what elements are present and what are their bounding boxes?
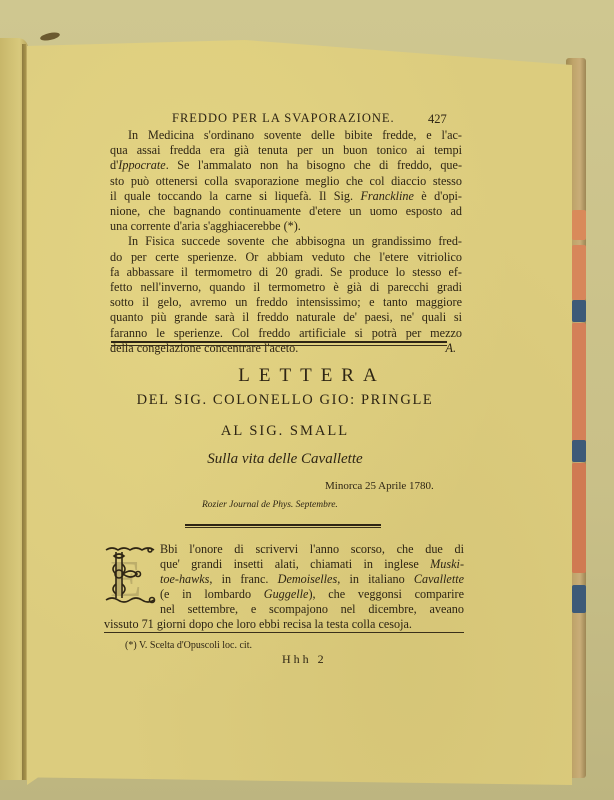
article-author-line: DEL SIG. COLONELLO GIO: PRINGLE <box>105 392 465 409</box>
section-divider-rule <box>111 341 447 346</box>
letter-body: Bbi l'onore di scrivervi l'anno scorso, … <box>104 542 464 631</box>
fore-edge-tab-orange <box>572 323 586 453</box>
text-line: que' grandi insetti alati, chiamati in i… <box>104 557 464 572</box>
italic-term-franckline: Franckline <box>360 189 413 203</box>
text-line: In Medicina s'ordinano sovente delle bib… <box>110 128 462 143</box>
text-line: Bbi l'onore di scrivervi l'anno scorso, … <box>104 542 464 557</box>
text-line: sto può ottenersi colla svaporazione meg… <box>110 174 462 189</box>
fore-edge-tab-blue <box>572 300 586 322</box>
fore-edge-tab-blue <box>572 440 586 462</box>
fore-edge-tab-orange <box>572 463 586 573</box>
text-line: il quale toccando la carne si liquefà. I… <box>110 189 462 204</box>
italic-term-demoiselles: Demoiselles <box>278 572 338 586</box>
text-line: do per certe sperienze. Or abbiam veduto… <box>110 250 462 265</box>
text-line: d'Ippocrate. Se l'ammalato non ha bisogn… <box>110 158 462 173</box>
text-line: qua assai fredda era già tenuta per un b… <box>110 143 462 158</box>
text-line: vissuto 71 giorni dopo che loro ebbi rec… <box>104 617 464 632</box>
text-line: faranno le sperienze. Col freddo artific… <box>110 326 462 341</box>
paragraph-medicina: In Medicina s'ordinano sovente delle bib… <box>110 128 462 234</box>
italic-term-muski: Muski- <box>430 557 464 571</box>
italic-term-cavallette: Cavallette <box>414 572 464 586</box>
footnote: (*) V. Scelta d'Opuscoli loc. cit. <box>125 640 252 651</box>
article-source: Rozier Journal de Phys. Septembre. <box>202 500 338 510</box>
text-line: nione, che bagnando continuamente d'eter… <box>110 204 462 219</box>
author-signature: A. <box>446 341 457 356</box>
text-line: fetto nell'inverno, quando il termometro… <box>110 280 462 295</box>
footnote-rule <box>104 632 464 633</box>
text-line: fa abbassare il termometro di 20 gradi. … <box>110 265 462 280</box>
fore-edge-tab-orange <box>572 210 586 240</box>
article-subtitle: Sulla vita delle Cavallette <box>105 451 465 468</box>
text-line: sotto il gelo, avremo un freddo intensis… <box>110 295 462 310</box>
running-head: FREDDO PER LA SVAPORAZIONE. <box>172 111 395 126</box>
text-line: (e in lombardo Guggelle), che veggonsi c… <box>104 587 464 602</box>
text-line: quanto più grande sarà il freddo natural… <box>110 310 462 325</box>
article-title: LETTERA <box>0 365 614 387</box>
italic-term-toe-hawks: toe-hawks <box>160 572 209 586</box>
book-gutter <box>22 44 26 780</box>
paragraph-fisica: In Fisica succede sovente che abbisogna … <box>110 234 462 356</box>
italic-term-guggelle: Guggelle <box>264 587 309 601</box>
italic-term-ippocrate: Ippocrate <box>118 158 165 172</box>
article-dateline: Minorca 25 Aprile 1780. <box>325 480 434 492</box>
title-divider-rule <box>185 524 381 528</box>
text-line: In Fisica succede sovente che abbisogna … <box>110 234 462 249</box>
text-line: toe-hawks, in franc. Demoiselles, in ita… <box>104 572 464 587</box>
page-number: 427 <box>428 112 447 127</box>
text-line: una corrente d'aria s'agghiacerebbe (*). <box>110 219 462 234</box>
text-line: nel settembre, e scompajono nel dicembre… <box>104 602 464 617</box>
printer-signature-mark: Hhh 2 <box>282 652 327 667</box>
body-text: In Medicina s'ordinano sovente delle bib… <box>110 128 462 356</box>
fore-edge-tab-orange <box>572 245 586 300</box>
article-recipient-line: AL SIG. SMALL <box>105 423 465 440</box>
fore-edge-tab-blue <box>572 585 586 613</box>
